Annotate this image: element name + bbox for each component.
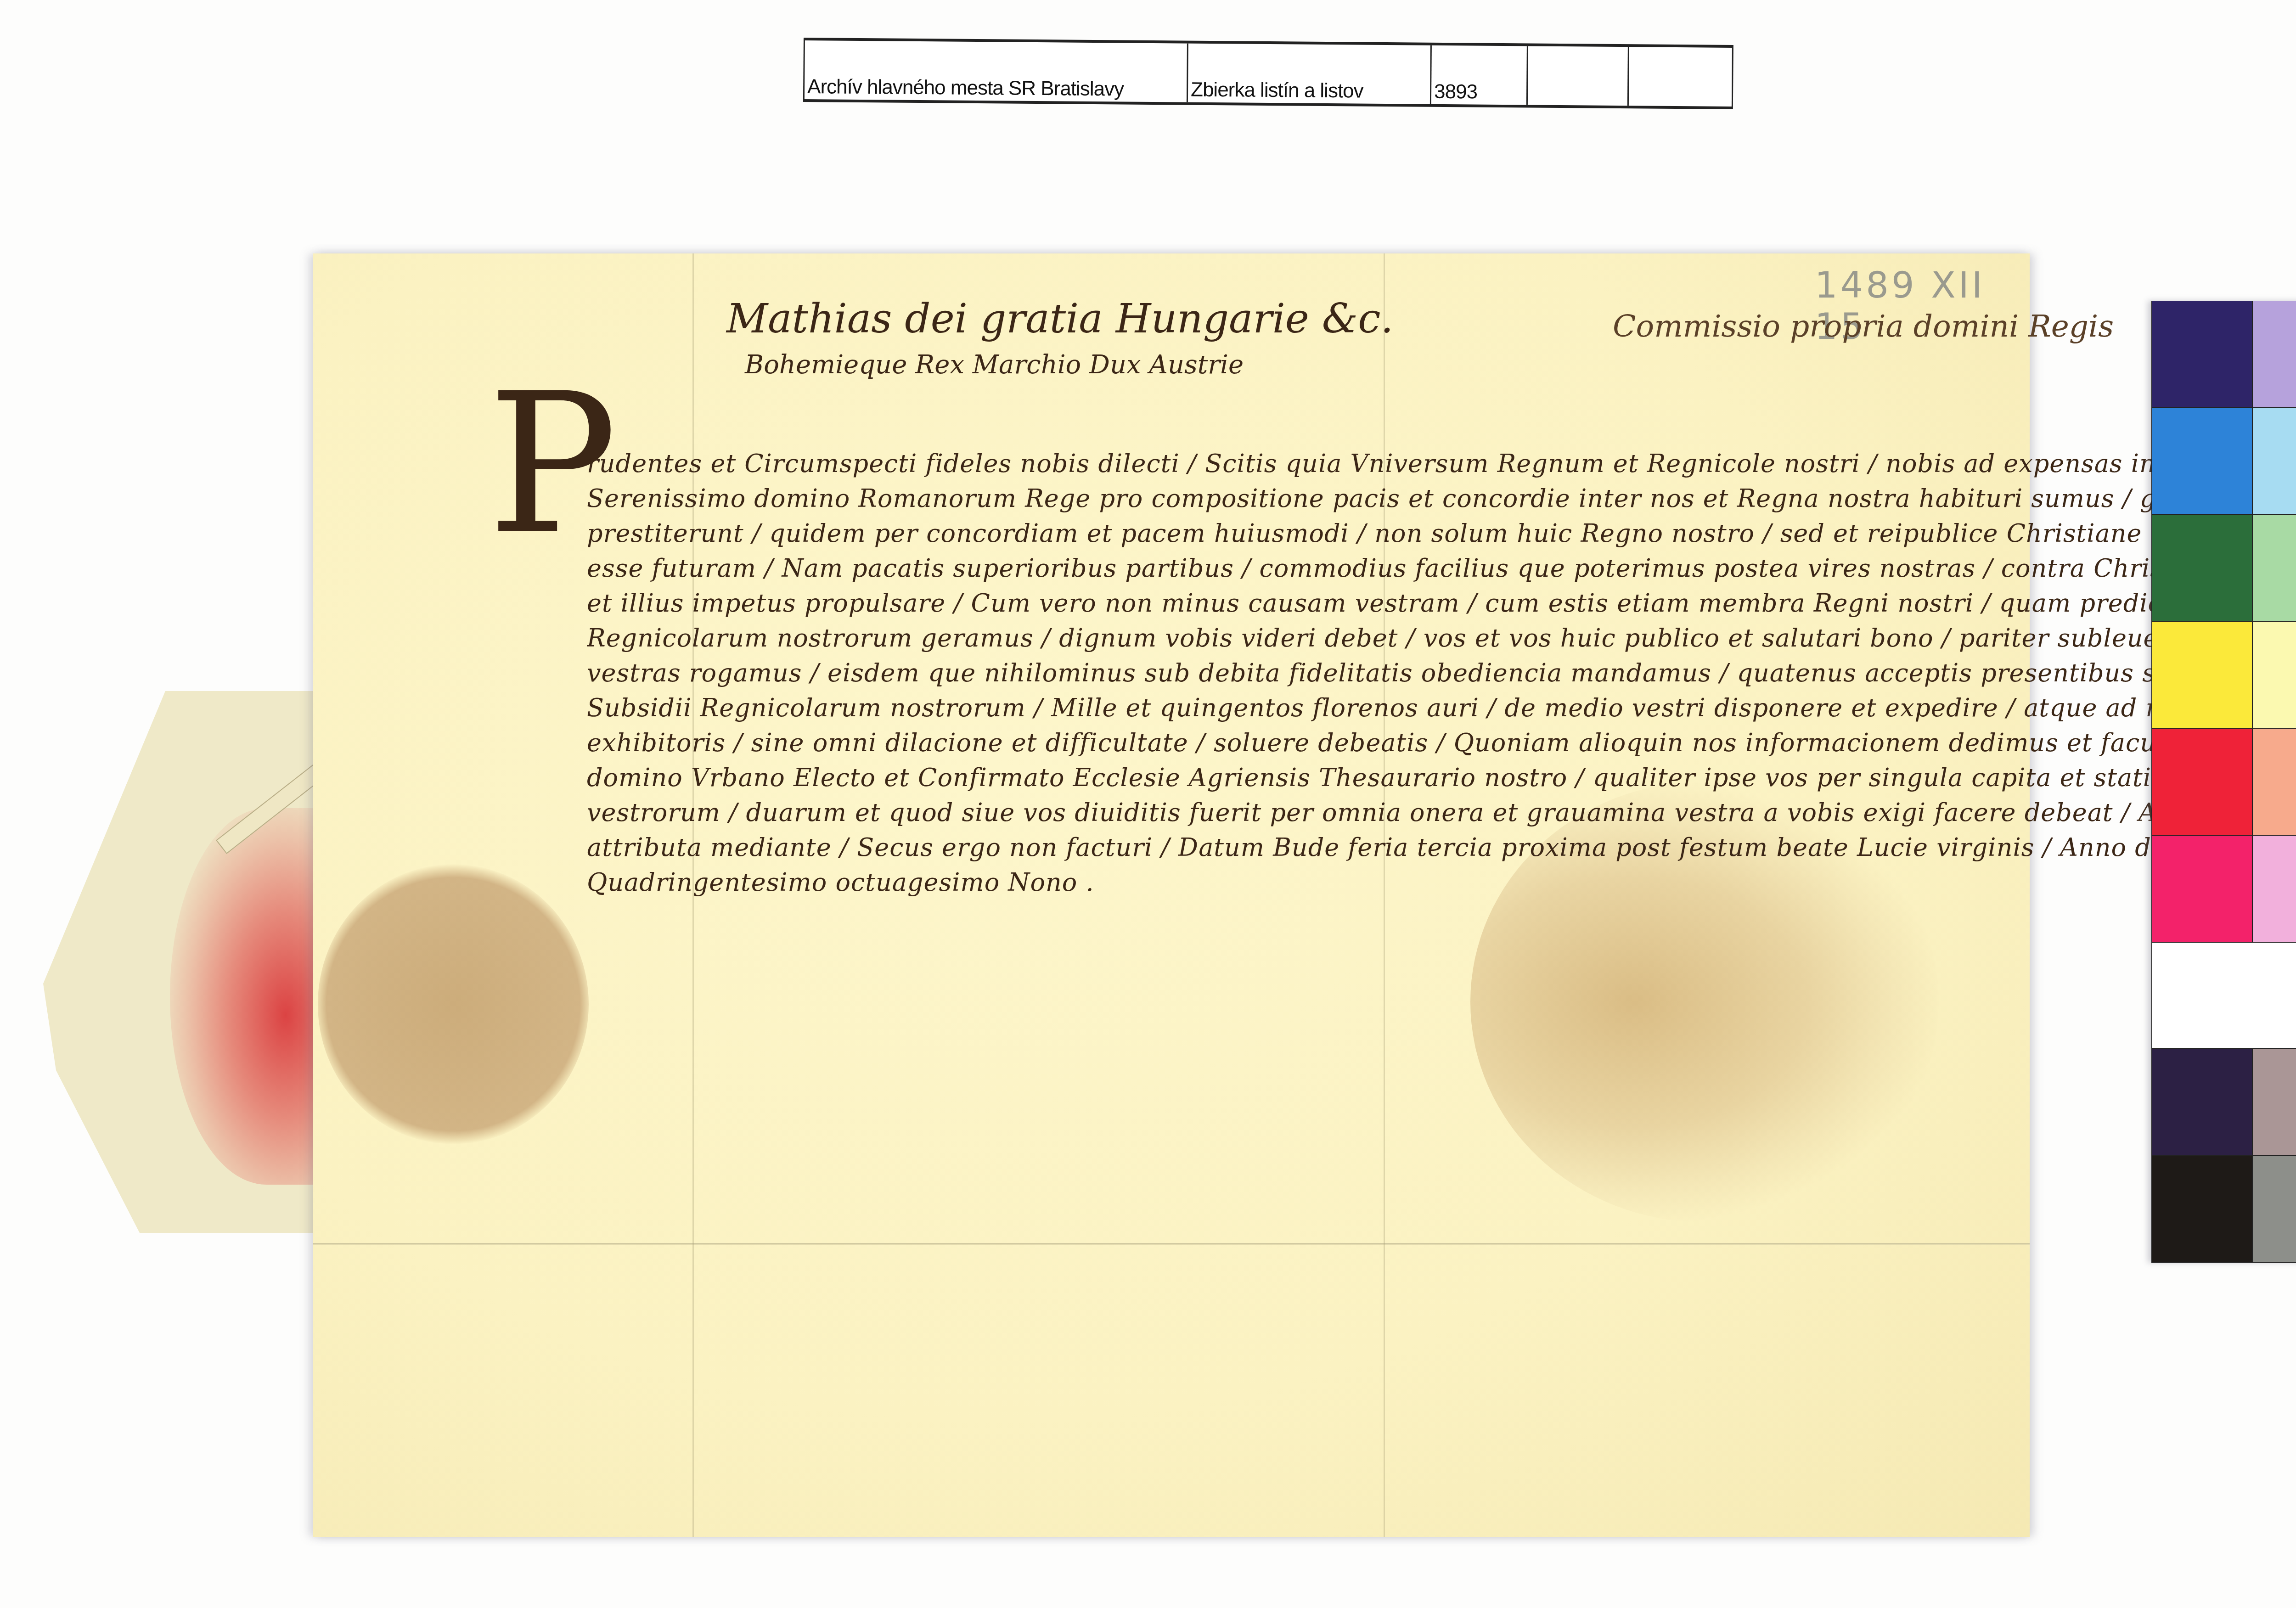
patch-green-dark xyxy=(2151,515,2252,622)
kodak-color-control-strip: Kodak Color Control Patches Blue Cyan Gr… xyxy=(2151,301,2296,1263)
archive-empty-cell xyxy=(1627,47,1733,107)
patch-magenta-light xyxy=(2252,835,2296,942)
text-line: domino Vrbano Electo et Confirmato Eccle… xyxy=(587,760,2222,795)
text-line: esse futuram / Nam pacatis superioribus … xyxy=(587,551,2222,586)
left-seal-stain xyxy=(318,864,589,1144)
patch-yellow-light xyxy=(2252,621,2296,728)
text-line: exhibitoris / sine omni dilacione et dif… xyxy=(587,725,2222,760)
patch-magenta-dark xyxy=(2151,835,2252,942)
patch-red-dark xyxy=(2151,728,2252,835)
text-line: Regnicolarum nostrorum geramus / dignum … xyxy=(587,621,2222,656)
patch-yellow-dark xyxy=(2151,621,2252,728)
archive-label-table: Archív hlavného mesta SR Bratislavy Zbie… xyxy=(803,38,1733,109)
text-line: vestras rogamus / eisdem que nihilominus… xyxy=(587,656,2222,691)
patch-3color-dark xyxy=(2151,1049,2252,1156)
patch-green-light xyxy=(2252,515,2296,622)
color-patches xyxy=(2151,301,2296,1263)
patch-red-light xyxy=(2252,728,2296,835)
patch-cyan-light xyxy=(2252,408,2296,515)
text-line: vestrorum / duarum et quod siue vos diui… xyxy=(587,795,2222,830)
text-line: attributa mediante / Secus ergo non fact… xyxy=(587,830,2222,865)
patch-blue-light xyxy=(2252,301,2296,408)
patch-blue-dark xyxy=(2151,301,2252,408)
text-line: et illius impetus propulsare / Cum vero … xyxy=(587,586,2222,621)
patch-white xyxy=(2151,942,2296,1049)
text-line: Serenissimo domino Romanorum Rege pro co… xyxy=(587,481,2222,516)
patch-black-dark xyxy=(2151,1156,2252,1263)
commission-note: Commissio propria domini Regis xyxy=(1613,309,2114,344)
charter-document: 1489 XII 15 Mathias dei gratia Hungarie … xyxy=(313,253,2030,1537)
archive-collection-cell: Zbierka listín a listov xyxy=(1187,44,1430,104)
patch-cyan-dark xyxy=(2151,408,2252,515)
horizontal-fold xyxy=(313,1243,2030,1245)
heading-line-2: Bohemieque Rex Marchio Dux Austrie xyxy=(745,350,1244,380)
patch-3color-light xyxy=(2252,1049,2296,1156)
archive-empty-cell xyxy=(1526,46,1628,106)
archive-institution-cell: Archív hlavného mesta SR Bratislavy xyxy=(803,40,1187,102)
charter-text: rudentes et Circumspecti fideles nobis d… xyxy=(587,446,2222,900)
text-line: prestiterunt / quidem per concordiam et … xyxy=(587,516,2222,551)
text-line: rudentes et Circumspecti fideles nobis d… xyxy=(587,446,2222,481)
text-line: Subsidii Regnicolarum nostrorum / Mille … xyxy=(587,691,2222,725)
archive-number-cell: 3893 xyxy=(1430,45,1527,105)
patch-black-light xyxy=(2252,1156,2296,1263)
heading-line-1: Mathias dei gratia Hungarie &c. xyxy=(726,295,1393,342)
text-line: Quadringentesimo octuagesimo Nono . xyxy=(587,865,2222,900)
